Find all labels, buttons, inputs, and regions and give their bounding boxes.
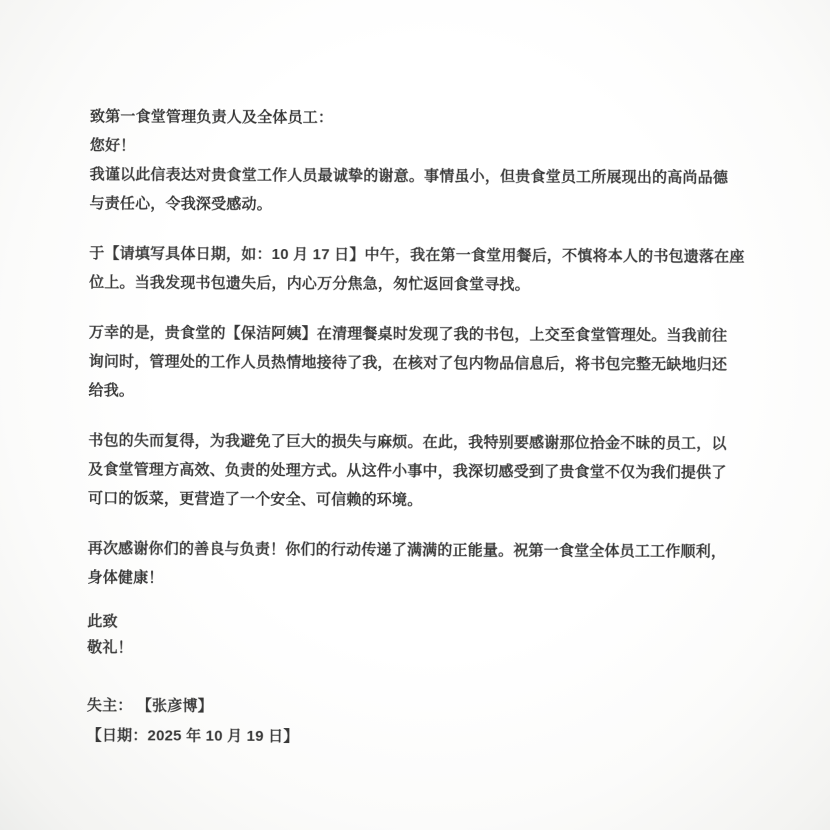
salutation: 致第一食堂管理负责人及全体员工： bbox=[90, 102, 770, 135]
closing-block: 此致 敬礼！ bbox=[87, 609, 767, 665]
paragraph-line: 身体健康！ bbox=[87, 563, 767, 596]
paragraph-recovery: 万幸的是，贵食堂的【保洁阿姨】在清理餐桌时发现了我的书包，上交至食堂管理处。当我… bbox=[88, 318, 768, 409]
paragraph-line: 询问时，管理处的工作人员热情地接待了我，在核对了包内物品信息后，将书包完整无缺地… bbox=[89, 347, 769, 380]
paragraph-wishes: 再次感谢你们的善良与负责！你们的行动传递了满满的正能量。祝第一食堂全体员工工作顺… bbox=[87, 534, 767, 596]
paragraph-line: 及食堂管理方高效、负责的处理方式。从这件小事中，我深切感受到了贵食堂不仅为我们提… bbox=[88, 455, 768, 488]
signature-block: 失主： 【张彦博】 【日期：2025 年 10 月 19 日】 bbox=[87, 691, 767, 755]
paragraph-thanks-intro: 我谨以此信表达对贵食堂工作人员最诚挚的谢意。事情虽小，但贵食堂员工所展现出的高尚… bbox=[89, 160, 769, 222]
closing-respectfully: 此致 bbox=[87, 609, 767, 639]
paragraph-line: 给我。 bbox=[88, 376, 768, 409]
paragraph-line: 书包的失而复得，为我避免了巨大的损失与麻烦。在此，我特别要感谢那位拾金不昧的员工… bbox=[88, 426, 768, 459]
paragraph-line: 位上。当我发现书包遗失后，内心万分焦急，匆忙返回食堂寻找。 bbox=[89, 268, 769, 301]
greeting: 您好！ bbox=[90, 131, 770, 164]
signature-sender: 失主： 【张彦博】 bbox=[87, 691, 767, 725]
paragraph-line: 于【请填写具体日期，如：10 月 17 日】中午，我在第一食堂用餐后，不慎将本人… bbox=[89, 239, 769, 272]
paragraph-incident: 于【请填写具体日期，如：10 月 17 日】中午，我在第一食堂用餐后，不慎将本人… bbox=[89, 239, 769, 301]
paragraph-line: 可口的饭菜，更营造了一个安全、可信赖的环境。 bbox=[88, 484, 768, 517]
paragraph-line: 与责任心，令我深受感动。 bbox=[89, 189, 769, 222]
closing-salute: 敬礼！ bbox=[87, 635, 767, 665]
paragraph-line: 我谨以此信表达对贵食堂工作人员最诚挚的谢意。事情虽小，但贵食堂员工所展现出的高尚… bbox=[90, 160, 770, 193]
paragraph-line: 万幸的是，贵食堂的【保洁阿姨】在清理餐桌时发现了我的书包，上交至食堂管理处。当我… bbox=[89, 318, 769, 351]
signature-date: 【日期：2025 年 10 月 19 日】 bbox=[87, 721, 767, 755]
letter-photo: 致第一食堂管理负责人及全体员工： 您好！ 我谨以此信表达对贵食堂工作人员最诚挚的… bbox=[0, 0, 830, 830]
letter-page: 致第一食堂管理负责人及全体员工： 您好！ 我谨以此信表达对贵食堂工作人员最诚挚的… bbox=[0, 0, 830, 755]
paragraph-line: 再次感谢你们的善良与负责！你们的行动传递了满满的正能量。祝第一食堂全体员工工作顺… bbox=[88, 534, 768, 567]
paragraph-gratitude: 书包的失而复得，为我避免了巨大的损失与麻烦。在此，我特别要感谢那位拾金不昧的员工… bbox=[88, 426, 768, 517]
